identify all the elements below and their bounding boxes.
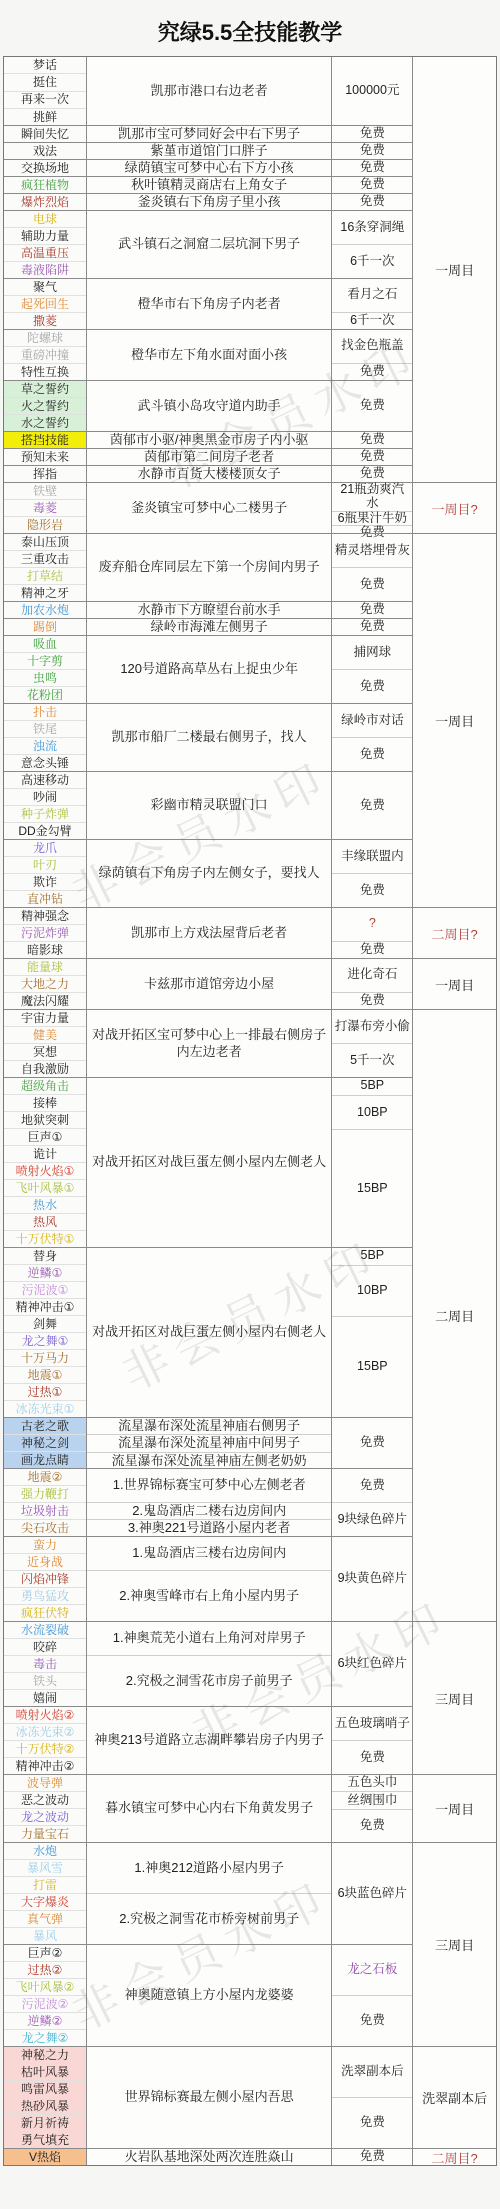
- skill-cell: 大地之力: [4, 975, 86, 992]
- skill-group: 戏法紫堇市道馆门口胖子免费: [4, 142, 412, 159]
- price-column: 精灵塔埋骨灰免费: [331, 534, 412, 601]
- skill-cell: 地狱突刺: [4, 1111, 86, 1128]
- price-column: 洗翠副本后免费: [331, 2047, 412, 2148]
- location-cell: 神奥随意镇上方小屋内龙婆婆: [87, 1945, 331, 2046]
- location-column: 武斗镇石之洞窟二层坑洞下男子: [87, 211, 331, 278]
- skill-cell: 意念头锤: [4, 754, 86, 771]
- price-column: 看月之石6千一次: [331, 279, 412, 329]
- skill-cell: 挺住: [4, 73, 86, 90]
- skill-cell: 疯狂伏特: [4, 1604, 86, 1621]
- skill-name-column: 电球辅助力量高温重压毒液陷阱: [4, 211, 87, 278]
- location-cell: 凯那市船厂二楼最右侧男子，找人: [87, 704, 331, 771]
- skill-cell: 扑击: [4, 704, 86, 720]
- price-column: 捕网球免费: [331, 636, 412, 703]
- price-cell: 免费: [332, 177, 412, 193]
- location-column: 紫堇市道馆门口胖子: [87, 143, 331, 159]
- price-cell: 免费: [332, 160, 412, 176]
- price-cell: 10BP: [332, 1265, 412, 1316]
- location-cell: 秋叶镇精灵商店右上角女子: [87, 177, 331, 193]
- price-column: 免费: [331, 160, 412, 176]
- skill-name-column: 踢倒: [4, 619, 87, 635]
- price-cell: 9块绿色碎片: [332, 1502, 412, 1536]
- skill-cell: 重磅冲撞: [4, 346, 86, 363]
- skill-group: 搭挡技能茵郁市小驱/神奥黑金市房子内小驱免费: [4, 431, 412, 448]
- location-cell: 流星瀑布深处流星神庙右侧男子: [87, 1418, 331, 1434]
- skill-cell: 冥想: [4, 1043, 86, 1060]
- price-cell: 10BP: [332, 1095, 412, 1129]
- skill-cell: 嬉闹: [4, 1689, 86, 1706]
- skill-group: 梦话挺住再来一次挑鲜凯那市港口右边老者100000元: [4, 57, 412, 125]
- skill-cell: 波导弹: [4, 1775, 86, 1791]
- price-cell: 100000元: [332, 57, 412, 125]
- location-cell: 彩幽市精灵联盟门口: [87, 772, 331, 839]
- price-cell: 免费: [332, 2149, 412, 2165]
- skill-cell: 戏法: [4, 143, 86, 159]
- skill-cell: 十万伏特①: [4, 1230, 86, 1247]
- skill-cell: 加农水炮: [4, 602, 86, 618]
- price-column: 免费: [331, 194, 412, 210]
- price-column: 6块蓝色碎片: [331, 1843, 412, 1944]
- skill-group: 精神强念污泥炸弹暗影球凯那市上方戏法屋背后老者?免费: [4, 907, 412, 958]
- skill-cell: 精神冲击①: [4, 1298, 86, 1315]
- location-cell: 绿荫镇右下角房子内左侧女子，要找人: [87, 840, 331, 907]
- skill-cell: 打雷: [4, 1876, 86, 1893]
- cycle-cell: 洗翠副本后: [413, 2046, 496, 2148]
- skill-cell: 替身: [4, 1248, 86, 1264]
- price-cell: 免费: [332, 1469, 412, 1502]
- skill-cell: 水流裂破: [4, 1622, 86, 1638]
- price-column: 免费: [331, 1418, 412, 1468]
- price-cell: 五色玻璃哨子: [332, 1707, 412, 1740]
- location-column: 绿岭市海滩左侧男子: [87, 619, 331, 635]
- location-cell: 橙华市右下角房子内老者: [87, 279, 331, 329]
- skill-cell: 踢倒: [4, 619, 86, 635]
- skill-cell: 暴风: [4, 1927, 86, 1944]
- price-column: 免费: [331, 619, 412, 635]
- skill-name-column: 神秘之力枯叶风暴鸣雷风暴热砂风暴新月祈祷勇气填充: [4, 2047, 87, 2148]
- location-cell: 武斗镇小岛攻守道内助手: [87, 381, 331, 431]
- location-cell: 2.究极之洞雪花市桥旁树前男子: [87, 1893, 331, 1944]
- skill-name-column: 古老之歌神秘之剑画龙点睛: [4, 1418, 87, 1468]
- skill-cell: 过热②: [4, 1961, 86, 1978]
- skill-group: 超级角击接棒地狱突刺巨声①诡计喷射火焰①飞叶风暴①热水热风十万伏特①对战开拓区对…: [4, 1077, 412, 1247]
- skill-cell: 精神冲击②: [4, 1757, 86, 1774]
- location-column: 水静市下方瞭望台前水手: [87, 602, 331, 618]
- location-column: 绿荫镇右下角房子内左侧女子，要找人: [87, 840, 331, 907]
- skill-cell: 逆鳞①: [4, 1264, 86, 1281]
- location-cell: 流星瀑布深处流星神庙左侧老奶奶: [87, 1452, 331, 1469]
- skill-cell: 打草结: [4, 567, 86, 584]
- price-cell: 9块黄色碎片: [332, 1537, 412, 1621]
- skill-name-column: 波导弹恶之波动龙之波动力量宝石: [4, 1775, 87, 1842]
- skill-cell: 喷射火焰①: [4, 1162, 86, 1179]
- skill-name-column: 预知未来: [4, 449, 87, 465]
- cycle-cell: 二周目?: [413, 907, 496, 958]
- skill-group: 水流裂破咬碎毒击铁头嬉闹1.神奥荒芜小道右上角河对岸男子2.究极之洞雪花市房子前…: [4, 1621, 412, 1706]
- price-cell: 免费: [332, 772, 412, 839]
- skill-cell: 三重攻击: [4, 550, 86, 567]
- skill-name-column: 蛮力近身战闪焰冲锋勇鸟猛攻疯狂伏特: [4, 1537, 87, 1621]
- location-column: 废弃船仓库同层左下第一个房间内男子: [87, 534, 331, 601]
- skill-name-column: 水炮暴风雪打雷大字爆炎真气弹暴风: [4, 1843, 87, 1944]
- skill-cell: 勇气填充: [4, 2131, 86, 2148]
- location-column: 釜炎镇右下角房子里小孩: [87, 194, 331, 210]
- skill-name-column: 铁壁毒菱隐形岩: [4, 483, 87, 533]
- price-column: 免费: [331, 466, 412, 482]
- location-cell: 釜炎镇宝可梦中心二楼男子: [87, 483, 331, 533]
- price-cell: 免费: [332, 941, 412, 958]
- skill-name-column: 喷射火焰②冰冻光束②十万伏特②精神冲击②: [4, 1707, 87, 1774]
- skill-cell: 疯狂植物: [4, 177, 86, 193]
- skill-group: 爆炸烈焰釜炎镇右下角房子里小孩免费: [4, 193, 412, 210]
- skill-cell: 过热①: [4, 1383, 86, 1400]
- location-cell: 废弃船仓库同层左下第一个房间内男子: [87, 534, 331, 601]
- skill-name-column: 疯狂植物: [4, 177, 87, 193]
- skill-group: 水炮暴风雪打雷大字爆炎真气弹暴风1.神奥212道路小屋内男子2.究极之洞雪花市桥…: [4, 1842, 412, 1944]
- price-cell: 免费: [332, 567, 412, 601]
- price-cell: 免费: [332, 1809, 412, 1843]
- skill-cell: 聚气: [4, 279, 86, 295]
- price-column: 16条穿洞绳6千一次: [331, 211, 412, 278]
- price-cell: 免费: [332, 619, 412, 635]
- price-cell: 龙之石板: [332, 1945, 412, 1995]
- skill-group: 蛮力近身战闪焰冲锋勇鸟猛攻疯狂伏特1.鬼岛酒店三楼右边房间内2.神奥雪峰市右上角…: [4, 1536, 412, 1621]
- location-column: 彩幽市精灵联盟门口: [87, 772, 331, 839]
- location-cell: 武斗镇石之洞窟二层坑洞下男子: [87, 211, 331, 278]
- price-column: 免费: [331, 143, 412, 159]
- price-cell: 5BP: [332, 1078, 412, 1095]
- skill-cell: 直冲钻: [4, 890, 86, 907]
- skill-name-column: 地震②强力鞭打垃圾射击尖石攻击: [4, 1469, 87, 1536]
- location-cell: 凯那市上方戏法屋背后老者: [87, 908, 331, 958]
- price-column: 免费9块绿色碎片: [331, 1469, 412, 1536]
- skill-name-column: 替身逆鳞①污泥波①精神冲击①剑舞龙之舞①十万马力地震①过热①冰冻光束①: [4, 1248, 87, 1417]
- location-column: 流星瀑布深处流星神庙右侧男子流星瀑布深处流星神庙中间男子流星瀑布深处流星神庙左侧…: [87, 1418, 331, 1468]
- price-cell: 打瀑布旁小偷: [332, 1010, 412, 1043]
- skill-cell: 鸣雷风暴: [4, 2080, 86, 2097]
- location-column: 世界锦标赛最左侧小屋内吾思: [87, 2047, 331, 2148]
- price-cell: 免费: [332, 363, 412, 380]
- skill-cell: 热风: [4, 1213, 86, 1230]
- skill-cell: 真气弹: [4, 1910, 86, 1927]
- skill-group: 龙爪叶刃欺诈直冲钻绿荫镇右下角房子内左侧女子，要找人丰缘联盟内免费: [4, 839, 412, 907]
- skill-cell: 花粉团: [4, 686, 86, 703]
- location-cell: 2.究极之洞雪花市房子前男子: [87, 1655, 331, 1706]
- skill-cell: 污泥炸弹: [4, 924, 86, 941]
- skill-cell: 泰山压顶: [4, 534, 86, 550]
- price-column: 免费: [331, 381, 412, 431]
- skill-cell: 巨声①: [4, 1128, 86, 1145]
- location-column: 神奥213号道路立志湖畔攀岩房子内男子: [87, 1707, 331, 1774]
- skill-cell: 尖石攻击: [4, 1519, 86, 1536]
- skill-cell: 咬碎: [4, 1638, 86, 1655]
- skill-cell: 宇宙力量: [4, 1010, 86, 1026]
- location-cell: 对战开拓区对战巨蛋左侧小屋内右侧老人: [87, 1248, 331, 1417]
- skill-cell: 毒液陷阱: [4, 261, 86, 278]
- skill-group: 扑击铁尾浊流意念头锤凯那市船厂二楼最右侧男子，找人绿岭市对话免费: [4, 703, 412, 771]
- skill-cell: V热焰: [4, 2149, 86, 2165]
- price-cell: 五色头巾: [332, 1775, 412, 1791]
- skill-cell: 龙爪: [4, 840, 86, 856]
- skill-name-column: 草之誓约火之誓约水之誓约: [4, 381, 87, 431]
- price-cell: 免费: [332, 737, 412, 771]
- skill-name-column: 加农水炮: [4, 602, 87, 618]
- skill-cell: 铁壁: [4, 483, 86, 499]
- skill-name-column: 扑击铁尾浊流意念头锤: [4, 704, 87, 771]
- location-cell: 凯那市港口右边老者: [87, 57, 331, 125]
- skill-group: 挥指水静市百货大楼楼顶女子免费: [4, 465, 412, 482]
- skill-cell: 地震①: [4, 1366, 86, 1383]
- price-column: 打瀑布旁小偷5千一次: [331, 1010, 412, 1077]
- location-cell: 水静市百货大楼楼顶女子: [87, 466, 331, 482]
- skill-cell: 辅助力量: [4, 227, 86, 244]
- skill-name-column: 瞬间失忆: [4, 126, 87, 142]
- price-column: 100000元: [331, 57, 412, 125]
- skill-cell: 挑鲜: [4, 108, 86, 125]
- price-cell: 6千一次: [332, 312, 412, 329]
- skill-cell: 精神之牙: [4, 584, 86, 601]
- skill-cell: 接棒: [4, 1094, 86, 1111]
- price-cell: 免费: [332, 669, 412, 703]
- price-cell: 6瓶果汁牛奶: [332, 511, 412, 526]
- skill-cell: 十字剪: [4, 652, 86, 669]
- price-cell: 免费: [332, 2097, 412, 2148]
- skill-group: 地震②强力鞭打垃圾射击尖石攻击1.世界锦标赛宝可梦中心左侧老者2.鬼岛酒店二楼右…: [4, 1468, 412, 1536]
- skill-group: 陀螺球重磅冲撞特性互换橙华市左下角水面对面小孩找金色瓶盖免费: [4, 329, 412, 380]
- skill-cell: 吵闹: [4, 788, 86, 805]
- price-cell: 免费: [332, 381, 412, 431]
- skill-cell: 恶之波动: [4, 1791, 86, 1808]
- skill-cell: 隐形岩: [4, 516, 86, 533]
- skill-group: 泰山压顶三重攻击打草结精神之牙废弃船仓库同层左下第一个房间内男子精灵塔埋骨灰免费: [4, 533, 412, 601]
- skill-group: 加农水炮水静市下方瞭望台前水手免费: [4, 601, 412, 618]
- location-cell: 火岩队基地深处两次连胜焱山: [87, 2149, 331, 2165]
- skill-cell: 古老之歌: [4, 1418, 86, 1434]
- skill-cell: 预知未来: [4, 449, 86, 465]
- skill-cell: 力量宝石: [4, 1825, 86, 1842]
- skill-cell: 龙之波动: [4, 1808, 86, 1825]
- skill-name-column: 聚气起死回生撒菱: [4, 279, 87, 329]
- price-cell: 免费: [332, 1418, 412, 1468]
- price-cell: 免费: [332, 126, 412, 142]
- cycle-column: 一周目一周目?一周目二周目?一周目二周目三周目一周目三周目洗翠副本后二周目?: [412, 57, 496, 2165]
- skill-cell: 十万伏特②: [4, 1740, 86, 1757]
- price-cell: 丝绸围巾: [332, 1791, 412, 1808]
- skill-cell: 垃圾射击: [4, 1502, 86, 1519]
- skill-cell: 勇鸟猛攻: [4, 1587, 86, 1604]
- skill-cell: 撒菱: [4, 312, 86, 329]
- skill-table: 梦话挺住再来一次挑鲜凯那市港口右边老者100000元瞬间失忆凯那市宝可梦同好会中…: [3, 56, 497, 2166]
- price-column: 龙之石板免费: [331, 1945, 412, 2046]
- price-cell: 看月之石: [332, 279, 412, 312]
- skill-cell: 龙之舞②: [4, 2029, 86, 2046]
- price-cell: 免费: [332, 1740, 412, 1774]
- skill-cell: 毒击: [4, 1655, 86, 1672]
- location-cell: 3.神奥221号道路小屋内老者: [87, 1519, 331, 1536]
- skill-name-column: 超级角击接棒地狱突刺巨声①诡计喷射火焰①飞叶风暴①热水热风十万伏特①: [4, 1078, 87, 1247]
- skill-group: V热焰火岩队基地深处两次连胜焱山免费: [4, 2148, 412, 2165]
- location-cell: 2.神奥雪峰市右上角小屋内男子: [87, 1570, 331, 1621]
- skill-group: 古老之歌神秘之剑画龙点睛流星瀑布深处流星神庙右侧男子流星瀑布深处流星神庙中间男子…: [4, 1417, 412, 1468]
- skill-cell: 暗影球: [4, 941, 86, 958]
- skill-cell: 健美: [4, 1026, 86, 1043]
- skill-cell: 自我激励: [4, 1060, 86, 1077]
- price-cell: 15BP: [332, 1129, 412, 1247]
- skill-group: 疯狂植物秋叶镇精灵商店右上角女子免费: [4, 176, 412, 193]
- location-cell: 世界锦标赛最左侧小屋内吾思: [87, 2047, 331, 2148]
- skill-group: 电球辅助力量高温重压毒液陷阱武斗镇石之洞窟二层坑洞下男子16条穿洞绳6千一次: [4, 210, 412, 278]
- location-cell: 2.鬼岛酒店二楼右边房间内: [87, 1502, 331, 1519]
- location-cell: 1.神奥212道路小屋内男子: [87, 1843, 331, 1893]
- location-column: 水静市百货大楼楼顶女子: [87, 466, 331, 482]
- price-column: 21瓶劲爽汽水6瓶果汁牛奶免费: [331, 483, 412, 533]
- location-column: 对战开拓区对战巨蛋左侧小屋内右侧老人: [87, 1248, 331, 1417]
- price-column: 6块红色碎片: [331, 1622, 412, 1706]
- skill-cell: 强力鞭打: [4, 1485, 86, 1502]
- location-column: 武斗镇小岛攻守道内助手: [87, 381, 331, 431]
- price-column: 五色玻璃哨子免费: [331, 1707, 412, 1774]
- skill-name-column: 挥指: [4, 466, 87, 482]
- skill-cell: 瞬间失忆: [4, 126, 86, 142]
- skill-name-column: 搭挡技能: [4, 432, 87, 448]
- skill-name-column: 陀螺球重磅冲撞特性互换: [4, 330, 87, 380]
- location-cell: 流星瀑布深处流星神庙中间男子: [87, 1434, 331, 1451]
- location-column: 1.鬼岛酒店三楼右边房间内2.神奥雪峰市右上角小屋内男子: [87, 1537, 331, 1621]
- skill-cell: 欺诈: [4, 873, 86, 890]
- location-column: 凯那市宝可梦同好会中右下男子: [87, 126, 331, 142]
- skill-cell: 神秘之剑: [4, 1434, 86, 1451]
- skill-name-column: 交换场地: [4, 160, 87, 176]
- location-cell: 茵郁市小驱/神奥黑金市房子内小驱: [87, 432, 331, 448]
- skill-cell: 近身战: [4, 1553, 86, 1570]
- price-column: 免费: [331, 2149, 412, 2165]
- price-cell: 免费: [332, 432, 412, 448]
- skill-group: 瞬间失忆凯那市宝可梦同好会中右下男子免费: [4, 125, 412, 142]
- price-column: 免费: [331, 772, 412, 839]
- skill-name-column: 巨声②过热②飞叶风暴②污泥波②逆鳞②龙之舞②: [4, 1945, 87, 2046]
- skill-cell: 飞叶风暴①: [4, 1179, 86, 1196]
- skill-group: 吸血十字剪虫鸣花粉团120号道路高草丛右上捉虫少年捕网球免费: [4, 635, 412, 703]
- price-cell: 免费: [332, 873, 412, 907]
- skill-cell: 枯叶风暴: [4, 2063, 86, 2080]
- price-cell: 丰缘联盟内: [332, 840, 412, 873]
- skill-cell: 大字爆炎: [4, 1893, 86, 1910]
- location-cell: 对战开拓区宝可梦中心上一排最右侧房子内左边老者: [87, 1010, 331, 1077]
- skill-cell: 水之誓约: [4, 414, 86, 431]
- price-column: 绿岭市对话免费: [331, 704, 412, 771]
- location-column: 神奥随意镇上方小屋内龙婆婆: [87, 1945, 331, 2046]
- skill-group: 波导弹恶之波动龙之波动力量宝石暮水镇宝可梦中心内右下角黄发男子五色头巾丝绸围巾免…: [4, 1774, 412, 1842]
- skill-cell: 高温重压: [4, 244, 86, 261]
- price-cell: 免费: [332, 194, 412, 210]
- skill-cell: 逆鳞②: [4, 2012, 86, 2029]
- price-cell: 免费: [332, 466, 412, 482]
- price-cell: 绿岭市对话: [332, 704, 412, 737]
- skill-cell: 热砂风暴: [4, 2097, 86, 2114]
- skill-cell: 超级角击: [4, 1078, 86, 1094]
- price-column: 五色头巾丝绸围巾免费: [331, 1775, 412, 1842]
- skill-cell: 诡计: [4, 1145, 86, 1162]
- skill-cell: 挥指: [4, 466, 86, 482]
- location-cell: 暮水镇宝可梦中心内右下角黄发男子: [87, 1775, 331, 1842]
- skill-name-column: 精神强念污泥炸弹暗影球: [4, 908, 87, 958]
- location-column: 卡兹那市道馆旁边小屋: [87, 959, 331, 1009]
- skill-cell: 地震②: [4, 1469, 86, 1485]
- location-column: 1.神奥212道路小屋内男子2.究极之洞雪花市桥旁树前男子: [87, 1843, 331, 1944]
- skill-group: 草之誓约火之誓约水之誓约武斗镇小岛攻守道内助手免费: [4, 380, 412, 431]
- skill-group: 神秘之力枯叶风暴鸣雷风暴热砂风暴新月祈祷勇气填充世界锦标赛最左侧小屋内吾思洗翠副…: [4, 2046, 412, 2148]
- location-cell: 对战开拓区对战巨蛋左侧小屋内左侧老人: [87, 1078, 331, 1247]
- skill-cell: 闪焰冲锋: [4, 1570, 86, 1587]
- skill-cell: 蛮力: [4, 1537, 86, 1553]
- skill-cell: 电球: [4, 211, 86, 227]
- skill-cell: 喷射火焰②: [4, 1707, 86, 1723]
- location-column: 凯那市港口右边老者: [87, 57, 331, 125]
- location-column: 1.神奥荒芜小道右上角河对岸男子2.究极之洞雪花市房子前男子: [87, 1622, 331, 1706]
- skill-cell: 飞叶风暴②: [4, 1978, 86, 1995]
- cycle-cell: 二周目?: [413, 2148, 496, 2165]
- location-cell: 橙华市左下角水面对面小孩: [87, 330, 331, 380]
- skill-group: 宇宙力量健美冥想自我激励对战开拓区宝可梦中心上一排最右侧房子内左边老者打瀑布旁小…: [4, 1009, 412, 1077]
- price-column: 找金色瓶盖免费: [331, 330, 412, 380]
- skill-cell: 冰冻光束②: [4, 1723, 86, 1740]
- skill-cell: 浊流: [4, 737, 86, 754]
- price-cell: 免费: [332, 449, 412, 465]
- price-cell: 16条穿洞绳: [332, 211, 412, 244]
- skill-cell: 高速移动: [4, 772, 86, 788]
- cycle-cell: 一周目: [413, 1774, 496, 1842]
- location-column: 120号道路高草丛右上捉虫少年: [87, 636, 331, 703]
- skill-name-column: 宇宙力量健美冥想自我激励: [4, 1010, 87, 1077]
- price-cell: 精灵塔埋骨灰: [332, 534, 412, 567]
- price-cell: 免费: [332, 1995, 412, 2046]
- skill-group: 聚气起死回生撒菱橙华市右下角房子内老者看月之石6千一次: [4, 278, 412, 329]
- location-cell: 1.鬼岛酒店三楼右边房间内: [87, 1537, 331, 1570]
- table-left-columns: 梦话挺住再来一次挑鲜凯那市港口右边老者100000元瞬间失忆凯那市宝可梦同好会中…: [4, 57, 412, 2165]
- location-column: 釜炎镇宝可梦中心二楼男子: [87, 483, 331, 533]
- skill-cell: 污泥波②: [4, 1995, 86, 2012]
- skill-cell: 水炮: [4, 1843, 86, 1859]
- skill-cell: 魔法闪耀: [4, 992, 86, 1009]
- skill-cell: 龙之舞①: [4, 1332, 86, 1349]
- skill-name-column: 吸血十字剪虫鸣花粉团: [4, 636, 87, 703]
- location-column: 绿荫镇宝可梦中心右下方小孩: [87, 160, 331, 176]
- cycle-cell: 一周目: [413, 57, 496, 482]
- page-title: 究绿5.5全技能教学: [0, 0, 500, 56]
- location-cell: 凯那市宝可梦同好会中右下男子: [87, 126, 331, 142]
- skill-group: 替身逆鳞①污泥波①精神冲击①剑舞龙之舞①十万马力地震①过热①冰冻光束①对战开拓区…: [4, 1247, 412, 1417]
- price-cell: ?: [332, 908, 412, 941]
- location-column: 暮水镇宝可梦中心内右下角黄发男子: [87, 1775, 331, 1842]
- price-cell: 捕网球: [332, 636, 412, 669]
- location-cell: 水静市下方瞭望台前水手: [87, 602, 331, 618]
- price-column: 5BP10BP15BP: [331, 1248, 412, 1417]
- location-cell: 茵郁市第二间房子老者: [87, 449, 331, 465]
- skill-cell: 画龙点睛: [4, 1451, 86, 1468]
- price-cell: 免费: [332, 143, 412, 159]
- price-column: 9块黄色碎片: [331, 1537, 412, 1621]
- skill-cell: 精神强念: [4, 908, 86, 924]
- skill-group: 能量球大地之力魔法闪耀卡兹那市道馆旁边小屋进化奇石免费: [4, 958, 412, 1009]
- skill-group: 交换场地绿荫镇宝可梦中心右下方小孩免费: [4, 159, 412, 176]
- price-cell: 6块蓝色碎片: [332, 1843, 412, 1944]
- price-cell: 6块红色碎片: [332, 1622, 412, 1706]
- price-cell: 免费: [332, 602, 412, 618]
- cycle-cell: 一周目: [413, 533, 496, 907]
- skill-cell: 交换场地: [4, 160, 86, 176]
- skill-group: 预知未来茵郁市第二间房子老者免费: [4, 448, 412, 465]
- skill-name-column: 戏法: [4, 143, 87, 159]
